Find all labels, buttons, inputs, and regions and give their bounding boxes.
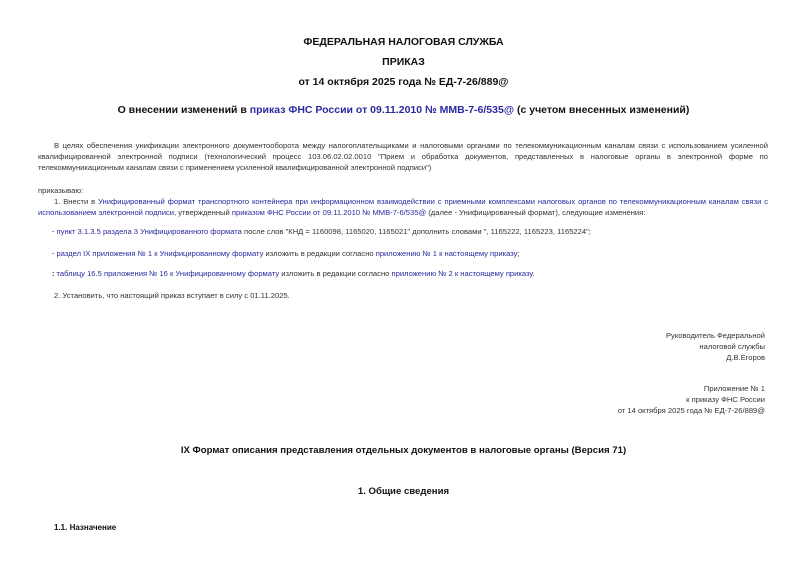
item-1: 1. Внести в Унифицированный формат транс… [38, 196, 768, 218]
item-1-prefix: 1. Внести в [54, 197, 98, 206]
order-title-suffix: (с учетом внесенных изменений) [514, 104, 689, 116]
subitem-3-text: изложить в редакции согласно [279, 269, 391, 278]
subitem-3-end: . [532, 269, 534, 278]
subitem-3: :таблицу 16.5 приложения № 16 к Унифицир… [52, 268, 535, 279]
subitem-1: ·пункт 3.1.3.5 раздела 3 Унифицированног… [52, 226, 591, 237]
appendix-reference: Приложение № 1 к приказу ФНС России от 1… [618, 383, 765, 416]
bullet-icon: : [52, 269, 55, 278]
base-order-link[interactable]: приказ ФНС России от 09.11.2010 № ММВ-7-… [250, 104, 514, 116]
doc-type: ПРИКАЗ [0, 56, 807, 68]
order-date-number: от 14 октября 2025 года № ЕД-7-26/889@ [0, 76, 807, 88]
item-2: 2. Установить, что настоящий приказ всту… [54, 290, 290, 301]
subitem-1-text: после слов "КНД = 1160098, 1165020, 1165… [242, 227, 591, 236]
subitem-2-link[interactable]: раздел IX приложения № 1 к Унифицированн… [57, 249, 264, 258]
bullet-icon: · [52, 227, 55, 236]
signature-agency: налоговой службы [666, 341, 765, 352]
signature-position: Руководитель Федеральной [666, 330, 765, 341]
subitem-2: ·раздел IX приложения № 1 к Унифицирован… [52, 248, 520, 259]
base-order-link-2[interactable]: приказом ФНС России от 09.11.2010 № ММВ-… [232, 208, 426, 217]
agency-name: ФЕДЕРАЛЬНАЯ НАЛОГОВАЯ СЛУЖБА [0, 36, 807, 48]
appendix-order: к приказу ФНС России [618, 394, 765, 405]
item-1-mid: , утвержденный [174, 208, 232, 217]
appendix-number: Приложение № 1 [618, 383, 765, 394]
bullet-icon: · [52, 249, 55, 258]
subitem-1-link[interactable]: пункт 3.1.3.5 раздела 3 Унифицированного… [57, 227, 242, 236]
appendix-date: от 14 октября 2025 года № ЕД-7-26/889@ [618, 405, 765, 416]
section-title: 1. Общие сведения [0, 486, 807, 497]
signature-name: Д.В.Егоров [666, 352, 765, 363]
appendix-1-link[interactable]: приложению № 1 к настоящему приказу [376, 249, 518, 258]
subitem-2-end: ; [517, 249, 519, 258]
subsection-title: 1.1. Назначение [54, 523, 116, 532]
order-title-prefix: О внесении изменений в [118, 104, 250, 116]
subitem-2-text: изложить в редакции согласно [263, 249, 375, 258]
preamble: В целях обеспечения унификации электронн… [38, 140, 768, 173]
subitem-3-link[interactable]: таблицу 16.5 приложения № 16 к Унифициро… [57, 269, 280, 278]
appendix-2-link[interactable]: приложению № 2 к настоящему приказу [391, 269, 532, 278]
order-title: О внесении изменений в приказ ФНС России… [0, 104, 807, 116]
appendix-title: IX Формат описания представления отдельн… [0, 445, 807, 456]
order-word: приказываю: [38, 185, 83, 196]
item-1-suffix: (далее - Унифицированный формат), следую… [426, 208, 645, 217]
signature-block: Руководитель Федеральной налоговой служб… [666, 330, 765, 363]
